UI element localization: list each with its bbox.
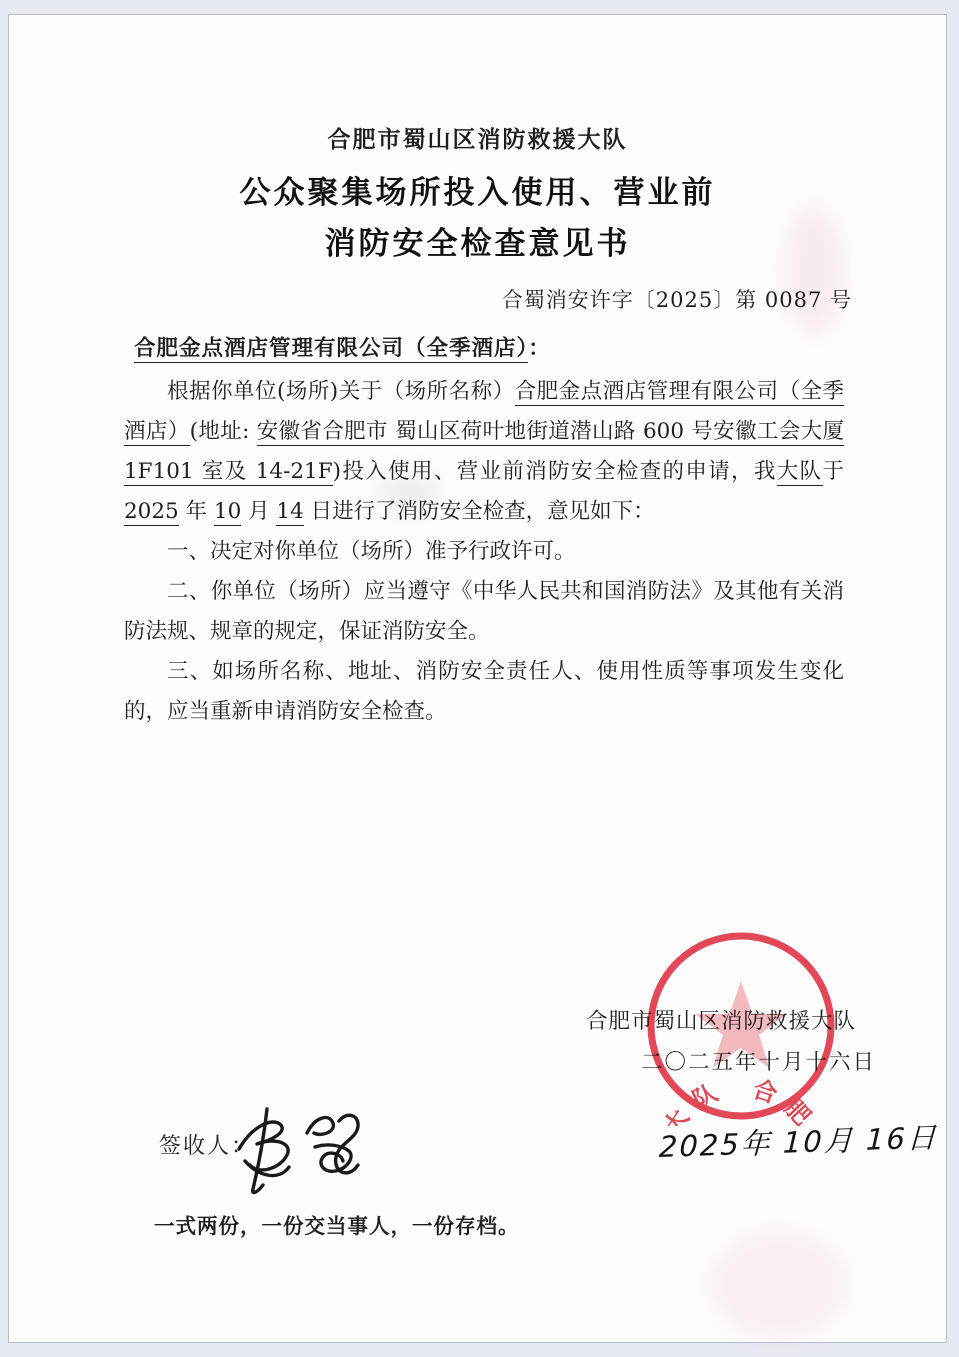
paragraph-application: 根据你单位(场所)关于（场所名称）合肥金点酒店管理有限公司（全季酒店）(地址: … (124, 372, 844, 532)
p1-month-label: 月 (241, 499, 276, 524)
p1-yu: 于 (823, 459, 845, 484)
recipient-line: 合肥金点酒店管理有限公司（全季酒店）： (134, 331, 551, 362)
opinion-item-3: 三、如场所名称、地址、消防安全责任人、使用性质等事项发生变化的，应当重新申请消防… (124, 652, 844, 732)
recipient-colon: ： (528, 336, 551, 361)
official-seal-stamp: 合肥市蜀山区消防救援大队 (641, 926, 841, 1126)
recipient-name: 合肥金点酒店管理有限公司（全季酒店） (134, 336, 528, 363)
document-page: 合肥市蜀山区消防救援大队 公众聚集场所投入使用、营业前 消防安全检查意见书 合蜀… (8, 14, 947, 1343)
p1-day: 14 (276, 499, 303, 526)
handwritten-signature (231, 1097, 366, 1202)
scanned-document-screenshot: 合肥市蜀山区消防救援大队 公众聚集场所投入使用、营业前 消防安全检查意见书 合蜀… (0, 0, 959, 1357)
p1-month: 10 (214, 499, 241, 526)
document-body: 根据你单位(场所)关于（场所名称）合肥金点酒店管理有限公司（全季酒店）(地址: … (124, 372, 844, 732)
opinion-item-2: 二、你单位（场所）应当遵守《中华人民共和国消防法》及其他有关消防法规、规章的规定… (124, 572, 844, 652)
document-title-line1: 公众聚集场所投入使用、营业前 (9, 167, 946, 212)
handwritten-date: 2025年 10月 16日 (658, 1117, 889, 1166)
p1-tail: 日进行了消防安全检查，意见如下： (304, 499, 655, 524)
opinion-item-1: 一、决定对你单位（场所）准予行政许可。 (124, 532, 844, 572)
p1-year-label: 年 (179, 499, 214, 524)
seal-star-icon (695, 981, 786, 1068)
p1-address-label: (地址: (190, 419, 257, 444)
p1-year: 2025 (124, 499, 179, 526)
p1-after-address: )投入使用、营业前消防安全检查的申请，我 (333, 459, 777, 484)
document-number: 合蜀消安许字〔2025〕第 0087 号 (502, 284, 852, 314)
p1-org-fill: 大队 (777, 459, 823, 486)
document-title-line2: 消防安全检查意见书 (9, 218, 946, 263)
issuing-authority-header: 合肥市蜀山区消防救援大队 (9, 121, 946, 154)
scan-artifact-smudge (709, 1230, 849, 1340)
p1-lead: 根据你单位(场所)关于（场所名称） (167, 379, 515, 404)
distribution-note: 一式两份，一份交当事人，一份存档。 (154, 1209, 520, 1239)
